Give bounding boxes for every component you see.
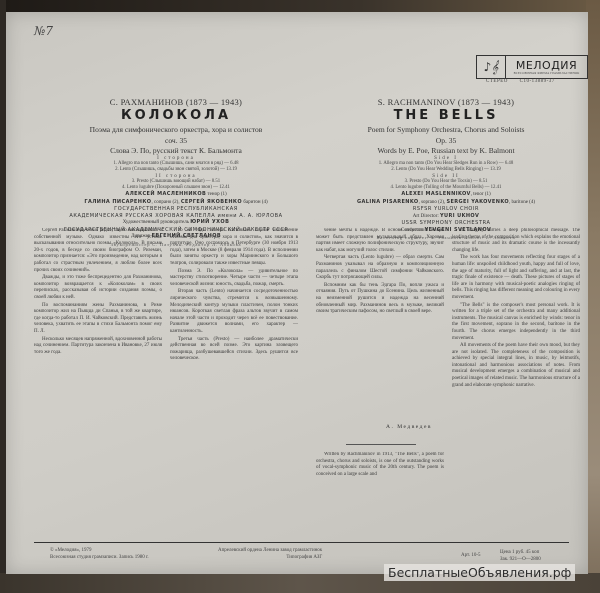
notes-column-2: то же года. Вскоре состоялась первое исп… <box>170 228 298 521</box>
subtitle-ru: Поэма для симфонического оркестра, хора … <box>46 125 306 134</box>
catalog-line: СТЕРЕО С10-13889-37 <box>486 79 555 84</box>
english-header: S. RACHMANINOV (1873 — 1943) THE BELLS P… <box>316 97 576 241</box>
footer-article: Арт. 10-5 <box>461 553 481 560</box>
opus-en: Op. 35 <box>316 136 576 145</box>
track-ru: 2. Lento (Слышишь, свадьбы звон святой, … <box>46 167 306 173</box>
handwritten-note: №7 <box>34 24 53 38</box>
russian-header: С. РАХМАНИНОВ (1873 — 1943) КОЛОКОЛА Поэ… <box>46 97 306 248</box>
notes-author-signature: А. Медведев <box>386 424 432 430</box>
footer-printer: Апрелевский ордена Ленина завод грамласт… <box>218 548 322 561</box>
notes-column-3-english: Written by Rachmaninov in 1913, "The Bel… <box>316 452 444 522</box>
chorus-director-en: Art Director: YURI UKHOV <box>316 213 576 221</box>
brand-subtitle: ВСЕСОЮЗНАЯ ФИРМА ГРАМПЛАСТИНОК <box>514 71 580 75</box>
notes-column-1: Сергей Рахманинов очень редко, скупо выс… <box>34 228 162 521</box>
site-watermark: БесплатныеОбъявления.рф <box>384 564 575 581</box>
catalog-number: С10-13889-37 <box>520 79 555 84</box>
composer-ru: С. РАХМАНИНОВ (1873 — 1943) <box>46 97 306 107</box>
chorus-director-ru: Художественный руководитель ЮРИЙ УХОВ <box>46 219 306 227</box>
background-right-edge <box>586 0 600 593</box>
soloist-credit-ru: АЛЕКСЕЙ МАСЛЕННИКОВ тенор (1) <box>46 191 306 199</box>
footer-price: Цена 1 руб. 45 коп Зак. 921—О—2800 <box>500 550 541 563</box>
words-ru: Слова Э. По, русский текст К. Бальмонта <box>46 146 306 155</box>
title-en: THE BELLS <box>316 108 576 123</box>
format-label: СТЕРЕО <box>486 79 508 84</box>
brand-name: МЕЛОДИЯ <box>516 60 577 71</box>
footer-copyright: © «Мелодия», 1979 Всесоюзная студия грам… <box>50 548 149 561</box>
footer-rule <box>34 542 569 543</box>
opus-ru: соч. 35 <box>46 136 306 145</box>
soloist-credit-en: ALEXEI MASLENNIKOV, tenor (1) <box>316 191 576 199</box>
melodiya-logo: ♪𝄞 МЕЛОДИЯ ВСЕСОЮЗНАЯ ФИРМА ГРАМПЛАСТИНО… <box>476 55 588 79</box>
track-en: 2. Lento (Do You Hear Wedding Bells Ring… <box>316 167 576 173</box>
soloist-credit-ru: ГАЛИНА ПИСАРЕНКО, сопрано (2), СЕРГЕЙ ЯК… <box>46 199 306 207</box>
words-en: Words by E. Poe, Russian text by K. Balm… <box>316 146 576 155</box>
notes-column-3: чение мечты к надежде. В основе отсутств… <box>316 228 444 418</box>
composer-en: S. RACHMANINOV (1873 — 1943) <box>316 97 576 107</box>
soloist-credit-en: GALINA PISARENKO, soprano (2), SERGEI YA… <box>316 199 576 207</box>
record-sleeve-back: №7 С. РАХМАНИНОВ (1873 — 1943) КОЛОКОЛА … <box>6 12 588 574</box>
melodiya-emblem-icon: ♪𝄞 <box>477 56 506 78</box>
divider <box>346 444 416 445</box>
notes-column-4: its imagery carries a deep philosophical… <box>452 228 580 521</box>
subtitle-en: Poem for Symphony Orchestra, Chorus and … <box>316 125 576 134</box>
title-ru: КОЛОКОЛА <box>46 108 306 123</box>
